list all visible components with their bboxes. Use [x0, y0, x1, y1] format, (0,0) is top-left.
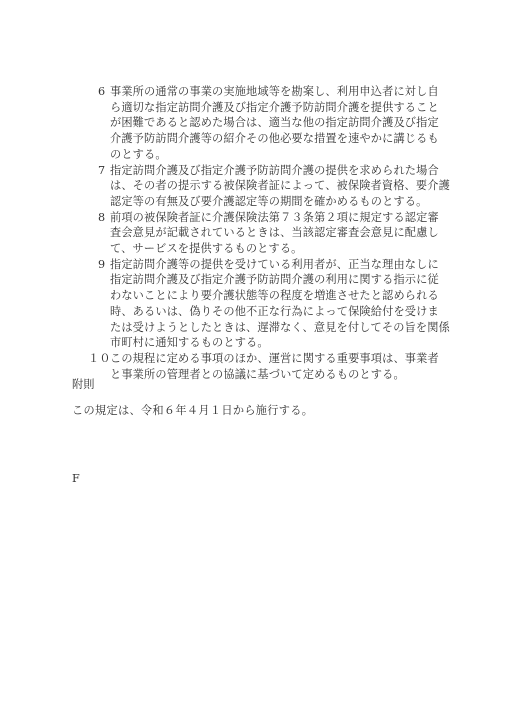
clause-text: 前項の被保険者証に介護保険法第７３条第２項に規定する認定審査会意見が記載されてい… — [110, 210, 450, 257]
clause-number: 7 — [98, 163, 105, 179]
clause-number: 9 — [98, 257, 105, 273]
clause-number: 6 — [98, 84, 105, 100]
clause-7: 7 指定訪問介護及び指定介護予防訪問介護の提供を求められた場合は、その者の提示す… — [88, 163, 450, 210]
clause-10: １０ この規程に定める事項のほか、運営に関する重要事項は、事業者と事業所の管理者… — [88, 351, 450, 382]
clause-text: この規程に定める事項のほか、運営に関する重要事項は、事業者と事業所の管理者との協… — [110, 351, 450, 382]
clause-text: 指定訪問介護等の提供を受けている利用者が、正当な理由なしに指定訪問介護及び指定介… — [110, 257, 450, 351]
clause-number: １０ — [88, 351, 111, 367]
document-page: 6 事業所の通常の事業の実施地域等を勘案し、利用申込者に対し自ら適切な指定訪問介… — [0, 0, 509, 720]
supplementary-provisions-heading: 附則 — [72, 377, 94, 392]
clause-text: 指定訪問介護及び指定介護予防訪問介護の提供を求められた場合は、その者の提示する被… — [110, 163, 450, 210]
clause-text: 事業所の通常の事業の実施地域等を勘案し、利用申込者に対し自ら適切な指定訪問介護及… — [110, 84, 450, 163]
clause-8: 8 前項の被保険者証に介護保険法第７３条第２項に規定する認定審査会意見が記載され… — [88, 210, 450, 257]
clause-number: 8 — [98, 210, 105, 226]
clause-6: 6 事業所の通常の事業の実施地域等を勘案し、利用申込者に対し自ら適切な指定訪問介… — [88, 84, 450, 163]
clause-9: 9 指定訪問介護等の提供を受けている利用者が、正当な理由なしに指定訪問介護及び指… — [88, 257, 450, 351]
stray-character: F — [72, 471, 80, 486]
clause-list: 6 事業所の通常の事業の実施地域等を勘案し、利用申込者に対し自ら適切な指定訪問介… — [88, 84, 450, 382]
supplementary-provisions-text: この規定は、令和６年４月１日から施行する。 — [72, 403, 313, 418]
